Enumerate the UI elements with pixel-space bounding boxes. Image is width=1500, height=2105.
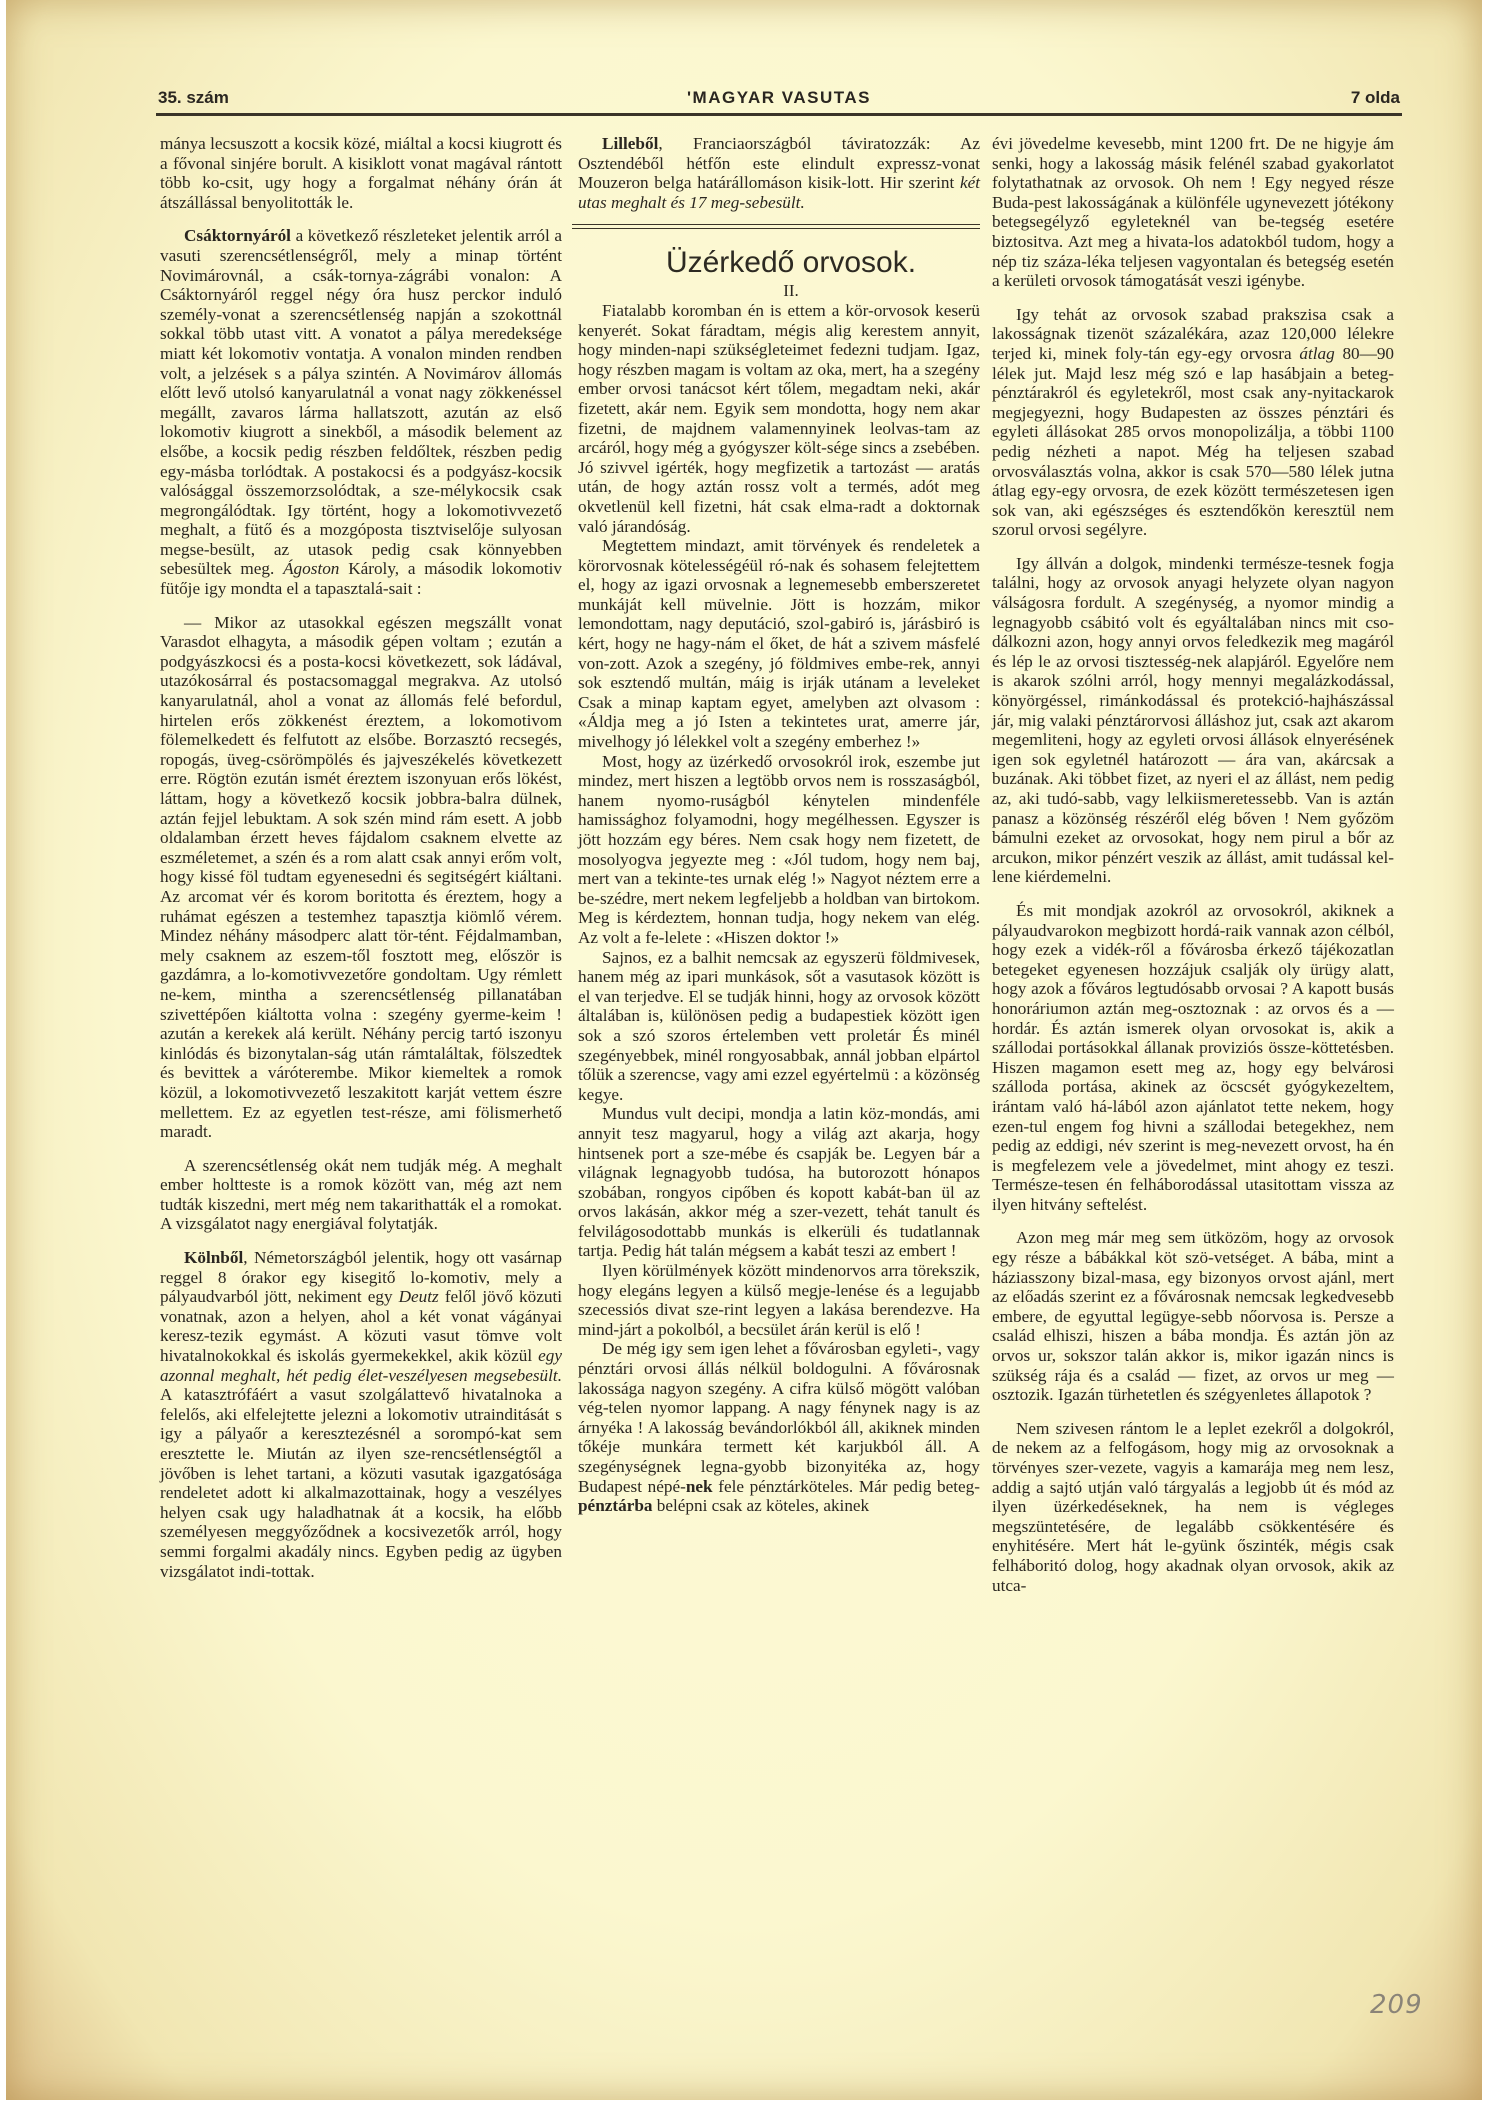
article-title: Üzérkedő orvosok.: [578, 245, 980, 281]
paragraph-quote: — Mikor az utasokkal egészen megszállt v…: [160, 613, 562, 1142]
paragraph: Igy tehát az orvosok szabad prakszisa cs…: [992, 305, 1394, 540]
page-header: 35. szám 'MAGYAR VASUTAS 7 olda: [158, 88, 1400, 116]
header-rule: [156, 113, 1402, 116]
column-2: Lilleből, Franciaországból táviratozzák:…: [578, 134, 980, 1516]
paragraph: És mit mondjak azokról az orvosokról, ak…: [992, 901, 1394, 1215]
newspaper-title: 'MAGYAR VASUTAS: [158, 88, 1400, 108]
paragraph: Fiatalabb koromban én is ettem a kör-orv…: [578, 301, 980, 536]
paragraph: Ilyen körülmények között mindenorvos arr…: [578, 1261, 980, 1339]
paragraph: Igy állván a dolgok, mindenki természe-t…: [992, 554, 1394, 887]
column-3: évi jövedelme kevesebb, mint 1200 frt. D…: [992, 134, 1394, 1595]
place-lead: Lilleből: [602, 134, 658, 153]
place-lead: Csáktornyáról: [184, 226, 291, 245]
place-lead: Kölnből: [184, 1248, 243, 1267]
paragraph: De még igy sem igen lehet a fővárosban e…: [578, 1339, 980, 1515]
paragraph: Nem szivesen rántom le a leplet ezekről …: [992, 1419, 1394, 1595]
paragraph: Azon meg már meg sem ütközöm, hogy az or…: [992, 1228, 1394, 1404]
paragraph-koln: Kölnből, Németországból jelentik, hogy o…: [160, 1248, 562, 1581]
paragraph: mánya lecsuszott a kocsik közé, miáltal …: [160, 134, 562, 212]
paragraph: Sajnos, ez a balhit nemcsak az egyszerü …: [578, 948, 980, 1105]
paragraph: A szerencsétlenség okát nem tudják még. …: [160, 1156, 562, 1234]
section-divider: [572, 224, 980, 229]
column-1: mánya lecsuszott a kocsik közé, miáltal …: [160, 134, 562, 1581]
paragraph-lille: Lilleből, Franciaországból táviratozzák:…: [578, 134, 980, 212]
paragraph: Megtettem mindazt, amit törvények és ren…: [578, 536, 980, 752]
paragraph-csaktornya: Csáktornyáról a következő részleteket je…: [160, 226, 562, 598]
page-number: 7 olda: [1351, 88, 1400, 108]
article-part: II.: [578, 281, 980, 301]
paragraph: évi jövedelme kevesebb, mint 1200 frt. D…: [992, 134, 1394, 291]
handwritten-page-number: 209: [1370, 1990, 1423, 2020]
paragraph: Mundus vult decipi, mondja a latin köz-m…: [578, 1104, 980, 1261]
paragraph: Most, hogy az üzérkedő orvosokról irok, …: [578, 752, 980, 948]
